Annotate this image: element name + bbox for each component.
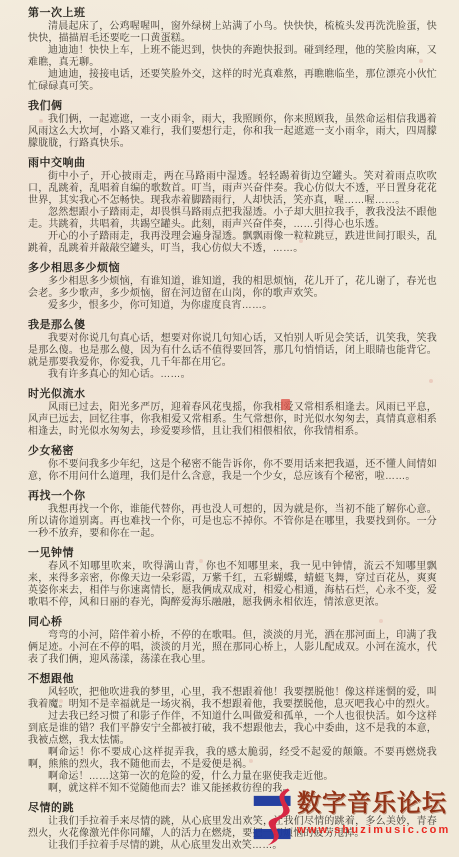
song-section: 不想跟他 风轻吹，把他吹进我的梦里，心里，我不想跟着他！我要摆脱他！像这样迷惘的… <box>28 673 437 795</box>
lyric-paragraph: 啊命运！……这第一次的危险的爱，什么力量在驱使我走近他。 <box>28 771 437 783</box>
song-section: 少女秘密 你不要问我多少年纪，这是个秘密不能告诉你，你不要用话来把我逼，还不懂人… <box>28 445 437 483</box>
lyric-paragraph: 爱多少，恨多少，你可知道，为你虚度良宵……。 <box>28 300 437 312</box>
lyric-paragraph: 我有许多真心的知心话。……。 <box>28 369 437 381</box>
song-title: 再找一个你 <box>28 490 437 503</box>
watermark: 数字音乐论坛 www.shuzimusic.com <box>251 785 457 849</box>
lyric-paragraph: 风雨已过去，阳光多严厉，迎着春风花曳摇，你我相爱又常相系相逢去。风雨已平息，风声… <box>28 402 437 438</box>
lyric-paragraph: 清晨起床了，公鸡喔喔叫，窗外绿树上站满了小鸟。快快快，梳梳头发再洗洗脸蛋，快快快… <box>28 21 437 45</box>
lyric-paragraph: 过去我已经习惯了和影子作伴，不知道什么叫做爱和孤单，一个人也很快活。如今这样到底… <box>28 711 437 747</box>
song-title: 多少相思多少烦恼 <box>28 262 437 275</box>
lyric-paragraph: 春风不知哪里吹来，吹得满山青，你也不知哪里来，我一见中钟情，流云不知哪里飘来，来… <box>28 561 437 609</box>
lyric-paragraph: 迪迪迪！快快上车，上班不能迟到，快快的奔跑快报到。碰到经理，他的笑脸肉麻，又难瞧… <box>28 45 437 69</box>
lyric-paragraph: 街中小子，开心披雨走，两在马路雨中湿透。轻轻踢着街边空罐头。笑对着雨点吹吹口，乱… <box>28 171 437 207</box>
song-title: 时光似流水 <box>28 388 437 401</box>
song-title: 第一次上班 <box>28 7 437 20</box>
song-title: 一见钟情 <box>28 547 437 560</box>
lyric-paragraph: 忽然想跟小子踏雨走，却畏惧马路雨点把我湿透。小子却大胆拉我手，教我没法不跟他走。… <box>28 207 437 231</box>
lyric-paragraph: 多少相思多少烦恼，有谁知道，谁知道，我的相思烦恼，花儿开了，花儿谢了，春光也会老… <box>28 276 437 300</box>
lyric-paragraph: 迪迪迪，接接电话，还要笑脸外交，这样的时光真难熬，再瞧瞧临坐，那位漂亮小伙忙忙碌… <box>28 69 437 93</box>
song-title: 不想跟他 <box>28 673 437 686</box>
lyrics-page: 第一次上班 清晨起床了，公鸡喔喔叫，窗外绿树上站满了小鸟。快快快，梳梳头发再洗洗… <box>0 0 459 857</box>
lyric-paragraph: 风轻吹，把他吹进我的梦里，心里，我不想跟着他！我要摆脱他！像这样迷惘的爱，叫我着… <box>28 687 437 711</box>
lyric-paragraph: 我们俩，一起遮遮，一支小雨伞，雨大，我照顾你，你来照顾我，虽然命运相信我遇着风雨… <box>28 114 437 150</box>
song-title: 同心桥 <box>28 616 437 629</box>
red-scan-artifact <box>281 399 290 410</box>
forum-name: 数字音乐论坛 <box>297 789 447 819</box>
lyric-paragraph: 我想再找一个你，谁能代替你，再也没人可想的，因为就是你，当初不能了解你心意。所以… <box>28 504 437 540</box>
lyric-paragraph: 你不要问我多少年纪，这是个秘密不能告诉你，你不要用话来把我逼，还不懂人间情如意，… <box>28 459 437 483</box>
scan-noise <box>0 0 2 2</box>
song-section: 我是那么傻 我要对你说几句真心话，想要对你说几句知心话，又怕别人听见会笑话，讥笑… <box>28 319 437 381</box>
song-section: 同心桥 弯弯的小河，陪伴着小桥，不停的在歌唱。但，淡淡的月光，洒在那河面上，印满… <box>28 616 437 666</box>
song-section: 雨中交响曲 街中小子，开心披雨走，两在马路雨中湿透。轻轻踢着街边空罐头。笑对着雨… <box>28 157 437 255</box>
song-section: 时光似流水 风雨已过去，阳光多严厉，迎着春风花曳摇，你我相爱又常相系相逢去。风雨… <box>28 388 437 438</box>
song-title: 我是那么傻 <box>28 319 437 332</box>
song-title: 我们俩 <box>28 100 437 113</box>
forum-url: www.shuzimusic.com <box>297 823 451 837</box>
lyric-paragraph: 啊命运！你不要成心这样捉弄我，我的感太脆弱，经受不起爱的颠簸。不要再燃烧我啊，熊… <box>28 747 437 771</box>
song-title: 少女秘密 <box>28 445 437 458</box>
song-section: 再找一个你 我想再找一个你，谁能代替你，再也没人可想的，因为就是你，当初不能了解… <box>28 490 437 540</box>
song-section: 第一次上班 清晨起床了，公鸡喔喔叫，窗外绿树上站满了小鸟。快快快，梳梳头发再洗洗… <box>28 7 437 93</box>
lyric-paragraph: 开心的小子踏雨走，我再没理会遍身湿透。飘飘雨像一粒粒跳豆，跌进世间打眼头，乱跳着… <box>28 231 437 255</box>
song-title: 雨中交响曲 <box>28 157 437 170</box>
lyric-paragraph: 弯弯的小河，陪伴着小桥，不停的在歌唱。但，淡淡的月光，洒在那河面上，印满了我俩足… <box>28 630 437 666</box>
forum-logo-icon <box>251 787 297 847</box>
song-section: 一见钟情 春风不知哪里吹来，吹得满山青，你也不知哪里来，我一见中钟情，流云不知哪… <box>28 547 437 609</box>
lyric-paragraph: 我要对你说几句真心话，想要对你说几句知心话，又怕别人听见会笑话，讥笑我，笑我是那… <box>28 333 437 369</box>
song-section: 我们俩 我们俩，一起遮遮，一支小雨伞，雨大，我照顾你，你来照顾我，虽然命运相信我… <box>28 100 437 150</box>
song-section: 多少相思多少烦恼 多少相思多少烦恼，有谁知道，谁知道，我的相思烦恼，花儿开了，花… <box>28 262 437 312</box>
